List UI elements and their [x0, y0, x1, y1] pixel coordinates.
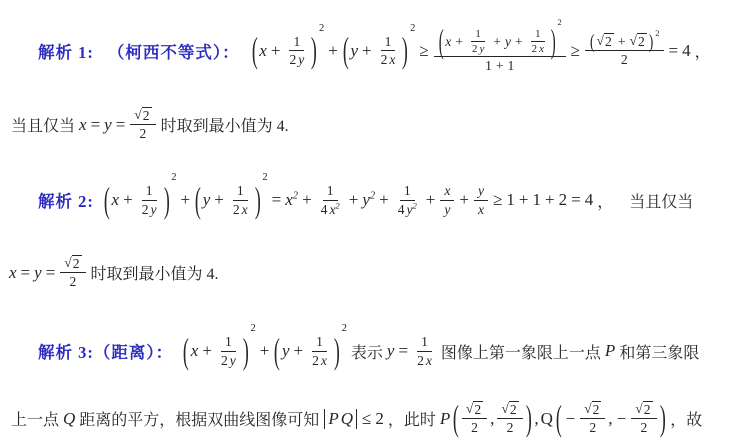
analysis-2-line: 解析 2: (x+12y)2+(y+12x)2=x2+14x2+y2+14y2+…	[8, 162, 728, 238]
analysis-1-label: 解析 1:	[38, 39, 94, 63]
analysis-1-formula: (x+12y)2+(y+12x)2≥(x+12y+y+12x)21+1≥(√2+…	[250, 27, 714, 75]
analysis-2-conclusion-text: x=y=√22时取到最小值为 4.	[8, 255, 222, 290]
analysis-3-conclusion-text: 上一点Q距离的平方，根据双曲线图像可知PQ≤2，此时P(√22,√22),Q(−…	[8, 401, 705, 436]
analysis-3-formula: (x+12y)2+(y+12x)2表示y=12x图像上第一象限上一点P和第三象限	[181, 333, 702, 369]
analysis-2-label: 解析 2:	[38, 188, 94, 212]
analysis-3-conclusion-line: 上一点Q距离的平方，根据双曲线图像可知PQ≤2，此时P(√22,√22),Q(−…	[8, 390, 728, 448]
analysis-1-line: 解析 1: （柯西不等式）： (x+12y)2+(y+12x)2≥(x+12y+…	[8, 6, 728, 96]
analysis-2-formula: (x+12y)2+(y+12x)2=x2+14x2+y2+14y2+xy+yx≥…	[102, 182, 696, 218]
analysis-1-conclusion-line: 当且仅当x=y=√22时取到最小值为 4.	[8, 96, 728, 154]
document-page: 解析 1: （柯西不等式）： (x+12y)2+(y+12x)2≥(x+12y+…	[0, 0, 732, 448]
analysis-3-label: 解析 3:（距离）：	[38, 339, 173, 363]
analysis-3-line: 解析 3:（距离）： (x+12y)2+(y+12x)2表示y=12x图像上第一…	[8, 314, 728, 388]
analysis-1-method-label: （柯西不等式）：	[108, 39, 240, 63]
analysis-2-conclusion-line: x=y=√22时取到最小值为 4.	[8, 244, 728, 302]
analysis-1-conclusion-text: 当且仅当x=y=√22时取到最小值为 4.	[8, 107, 292, 142]
